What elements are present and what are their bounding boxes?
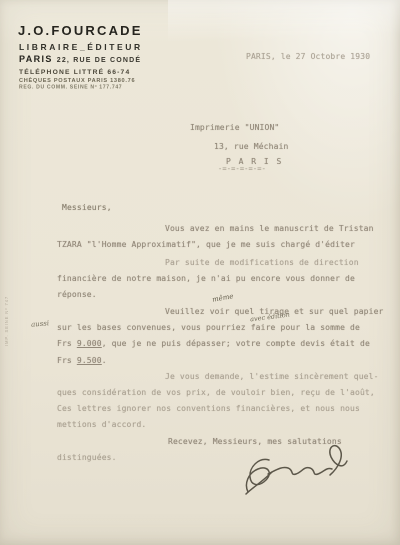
letterhead-phone: TÉLÉPHONE LITTRÉ 66-74 bbox=[19, 68, 130, 76]
salutation: Messieurs, bbox=[62, 203, 112, 212]
body-line: sur les bases convenues, vous pourriez f… bbox=[57, 323, 360, 332]
letter-page: J.O.FOURCADE LIBRAIRE_ÉDITEUR PARIS 22, … bbox=[0, 0, 400, 545]
amount-suffix: , que je ne puis dépasser; votre compte … bbox=[102, 339, 370, 348]
signature-flourish bbox=[238, 440, 353, 498]
letterhead-registry: REG. DU COMM. SEINE Nº 177.747 bbox=[19, 84, 122, 90]
date-line: PARIS, le 27 Octobre 1930 bbox=[246, 52, 370, 61]
letterhead-title: LIBRAIRE_ÉDITEUR bbox=[19, 42, 143, 52]
amount-prefix: Frs bbox=[57, 339, 77, 348]
recipient-street: 13, rue Méchain bbox=[214, 142, 289, 151]
handwritten-margin-note: aussi bbox=[31, 319, 50, 329]
body-line: réponse. bbox=[57, 290, 97, 299]
body-line: ques considération de vos prix, de voulo… bbox=[57, 388, 375, 397]
letterhead-address: PARIS 22, RUE DE CONDÉ bbox=[19, 54, 141, 64]
amount-suffix: . bbox=[102, 356, 107, 365]
letterhead-name: J.O.FOURCADE bbox=[18, 23, 143, 38]
amount-prefix: Frs bbox=[57, 356, 77, 365]
printer-imprint-vertical: IMP. SEINE Nº 747 bbox=[5, 296, 9, 346]
recipient-underline: -=-=-=-=-=- bbox=[218, 165, 266, 173]
amount-value: 9.500 bbox=[77, 356, 102, 365]
paper-edge-shading bbox=[168, 0, 400, 42]
letterhead-city: PARIS bbox=[19, 54, 53, 64]
body-line: mettions d'accord. bbox=[57, 420, 146, 429]
body-line-amount: Frs 9.000, que je ne puis dépasser; votr… bbox=[57, 339, 370, 348]
body-line: financière de notre maison, je n'ai pu e… bbox=[57, 274, 355, 283]
letterhead-street: 22, RUE DE CONDÉ bbox=[57, 57, 142, 64]
body-line-amount: Frs 9.500. bbox=[57, 356, 107, 365]
body-line: Ces lettres ignorer nos conventions fina… bbox=[57, 404, 360, 413]
body-line: TZARA "l'Homme Approximatif", que je me … bbox=[57, 240, 355, 249]
amount-value: 9.000 bbox=[77, 339, 102, 348]
letterhead-postal-account: CHÈQUES POSTAUX PARIS 1380.76 bbox=[19, 77, 135, 83]
body-line: Vous avez en mains le manuscrit de Trist… bbox=[165, 224, 374, 233]
handwritten-insertion-1: même bbox=[211, 292, 234, 304]
recipient-name: Imprimerie "UNION" bbox=[190, 123, 279, 132]
body-line: Je vous demande, l'estime sincèrement qu… bbox=[165, 372, 379, 381]
closing-line: distinguées. bbox=[57, 453, 117, 462]
body-line: Par suite de modifications de direction bbox=[165, 258, 359, 267]
